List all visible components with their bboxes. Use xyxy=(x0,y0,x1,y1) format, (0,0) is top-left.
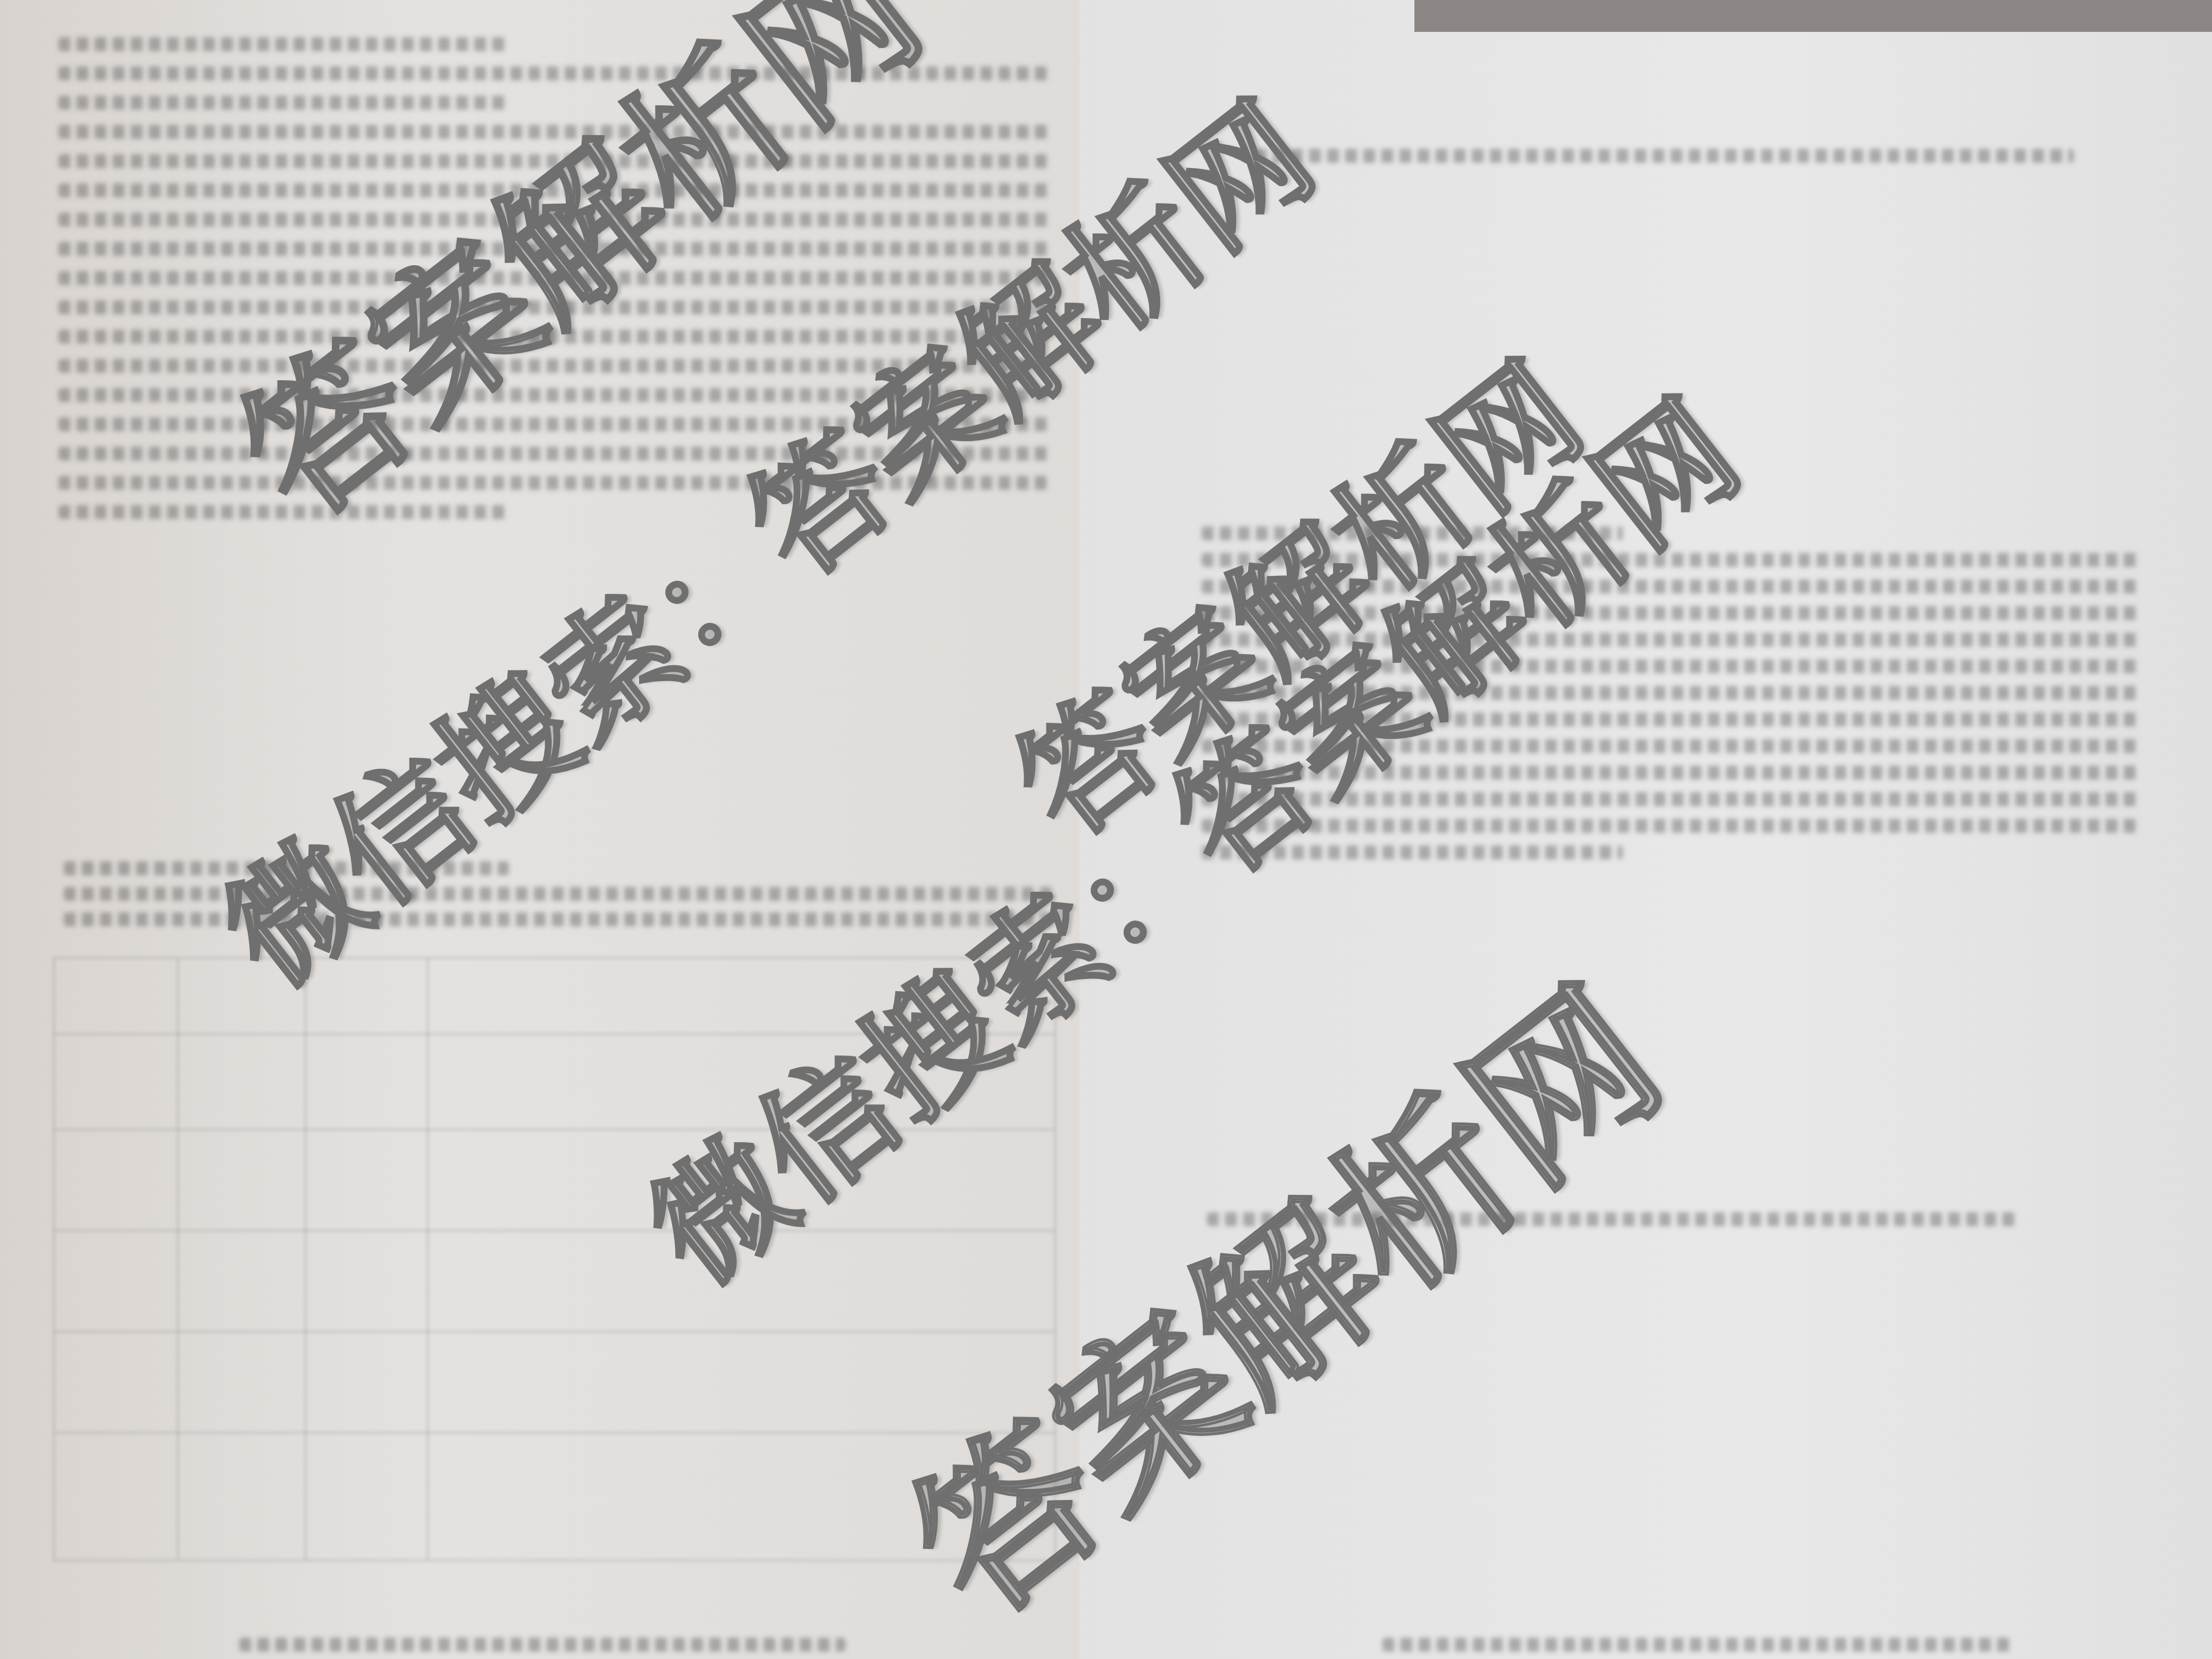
blurred-text-line xyxy=(64,912,1053,926)
blurred-text-line xyxy=(1382,1638,2010,1652)
blurred-text-line xyxy=(1255,149,2074,163)
blurred-text-line xyxy=(58,96,506,110)
background-object xyxy=(1414,0,2212,32)
blurred-text-line xyxy=(58,37,506,51)
blurred-text-line xyxy=(239,1638,845,1652)
blurred-text-line xyxy=(58,505,506,519)
